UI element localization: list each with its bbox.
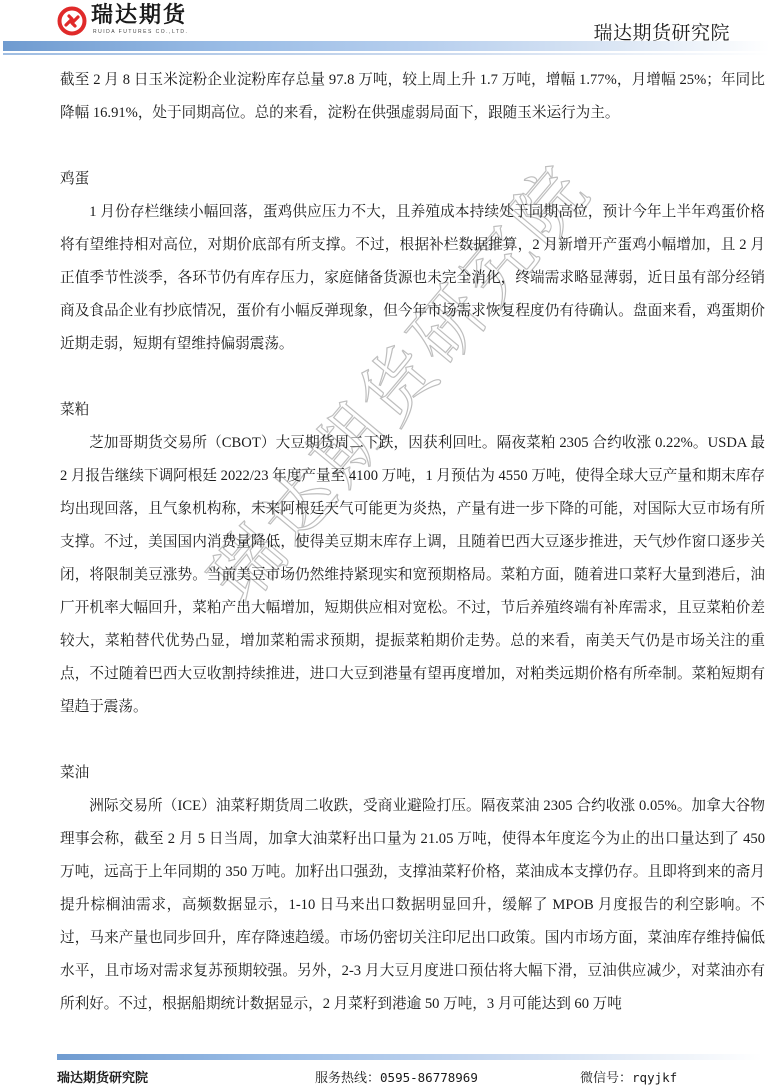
hotline-number: 0595-86778969: [380, 1070, 478, 1085]
hotline-label: 服务热线：: [315, 1071, 380, 1086]
ruida-logo-icon: [57, 6, 87, 36]
rapeseed-oil-paragraph: 洲际交易所（ICE）油菜籽期货周二收跌，受商业避险打压。隔夜菜油 2305 合约…: [60, 790, 765, 1021]
footer-gradient-bar: [57, 1054, 762, 1060]
wechat-id: rqyjkf: [632, 1070, 677, 1085]
page-header: 瑞达期货 RUIDA FUTURES CO.,LTD. 瑞达期货研究院: [0, 0, 770, 58]
document-body: 截至 2 月 8 日玉米淀粉企业淀粉库存总量 97.8 万吨，较上周上升 1.7…: [60, 64, 765, 1021]
header-divider: [3, 53, 770, 55]
egg-paragraph: 1 月份存栏继续小幅回落，蛋鸡供应压力不大，且养殖成本持续处于同期高位，预计今年…: [60, 196, 765, 361]
footer-hotline: 服务热线：0595-86778969: [315, 1067, 478, 1086]
footer-wechat: 微信号：rqyjkf: [580, 1067, 677, 1086]
section-title-rapeseed-meal: 菜粕: [60, 394, 765, 427]
rapeseed-meal-paragraph: 芝加哥期货交易所（CBOT）大豆期货周二下跌，因获利回吐。隔夜菜粕 2305 合…: [60, 427, 765, 724]
section-title-egg: 鸡蛋: [60, 163, 765, 196]
company-logo: 瑞达期货 RUIDA FUTURES CO.,LTD.: [57, 4, 188, 38]
logo-english-name: RUIDA FUTURES CO.,LTD.: [93, 29, 188, 35]
starch-paragraph-tail: 截至 2 月 8 日玉米淀粉企业淀粉库存总量 97.8 万吨，较上周上升 1.7…: [60, 64, 765, 130]
wechat-label: 微信号：: [580, 1071, 632, 1086]
page-footer: 瑞达期货研究院 服务热线：0595-86778969 微信号：rqyjkf: [57, 1067, 762, 1087]
section-title-rapeseed-oil: 菜油: [60, 757, 765, 790]
header-gradient-bar: [3, 41, 770, 51]
logo-chinese-name: 瑞达期货: [91, 4, 188, 28]
footer-org-name: 瑞达期货研究院: [57, 1067, 148, 1086]
